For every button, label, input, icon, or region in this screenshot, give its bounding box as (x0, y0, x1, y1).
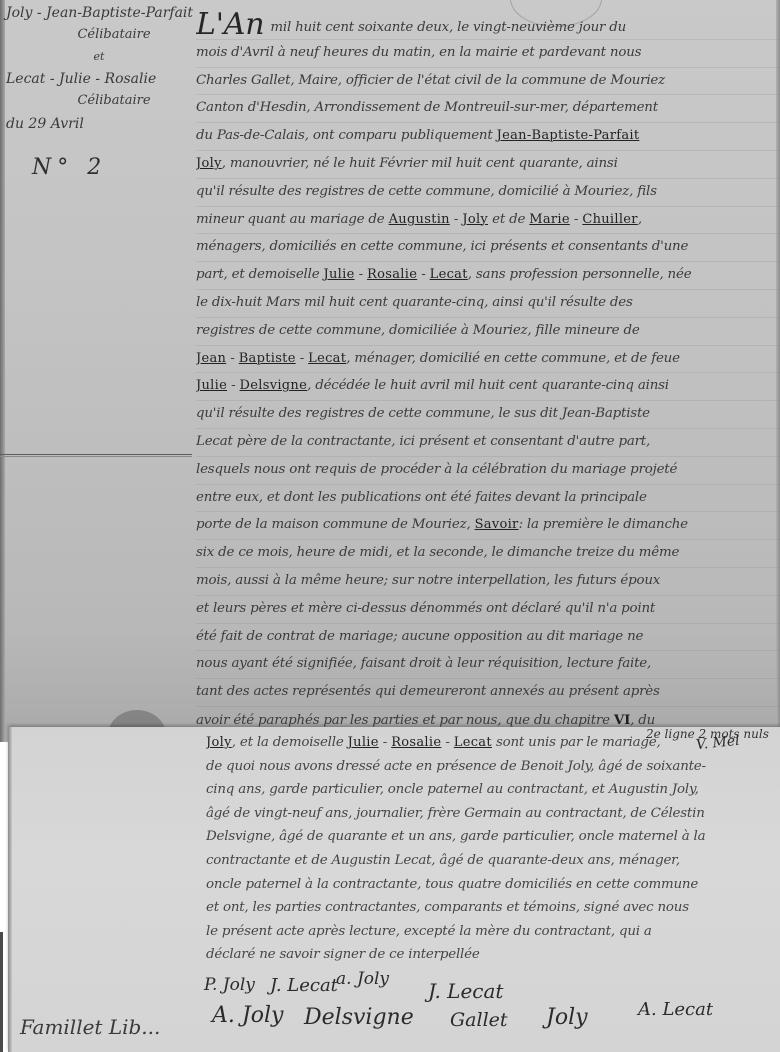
signature: P. Joly (204, 975, 255, 995)
margin-bride-status: Célibataire (4, 90, 194, 112)
text-line: lesquels nous ont requis de procéder à l… (196, 457, 780, 485)
text-line: cinq ans, garde particulier, oncle pater… (206, 778, 776, 802)
margin-fragment: Famillet Lib... (20, 1015, 160, 1039)
text-run: âgé de vingt-neuf ans, journalier, frère… (206, 806, 705, 821)
underlined-name: Julie (348, 735, 379, 750)
underlined-name: Joly (206, 735, 232, 750)
text-line: tant des actes représentés qui demeurero… (196, 679, 780, 707)
signature: J. Lecat (270, 975, 338, 996)
register-page-upper: Joly - Jean-Baptiste-Parfait Célibataire… (0, 0, 780, 742)
text-run: mois d'Avril à neuf heures du matin, en … (196, 45, 641, 60)
entry-number: N° 2 (4, 157, 194, 179)
text-line: part, et demoiselle Julie - Rosalie - Le… (196, 262, 780, 290)
text-line: Lecat père de la contractante, ici prése… (196, 429, 780, 457)
margin-date: du 29 Avril (4, 113, 194, 135)
margin-divider-rule-2 (0, 456, 192, 457)
act-body-page2: 2e ligne 2 mots nuls Joly, et la demoise… (206, 731, 776, 967)
text-run: - (355, 267, 367, 282)
text-run: avoir été paraphés par les parties et pa… (196, 713, 614, 728)
underlined-name: Julie (324, 267, 355, 282)
text-run: déclaré ne savoir signer de ce interpell… (206, 947, 480, 962)
text-run: , ménager, domicilié en cette commune, e… (346, 351, 680, 366)
text-run: - (227, 378, 239, 393)
binding-shadow (0, 932, 3, 1052)
underlined-name: Delsvigne (240, 378, 308, 393)
text-line: déclaré ne savoir signer de ce interpell… (206, 943, 776, 967)
signature-block: P. JolyJ. Lecata. JolyJ. LecatA. JolyDel… (8, 975, 780, 1052)
text-line: registres de cette commune, domiciliée à… (196, 318, 780, 346)
underlined-name: Chuiller (582, 212, 637, 227)
text-run: Charles Gallet, Maire, officier de l'éta… (196, 73, 665, 88)
margin-divider-rule (0, 454, 192, 455)
text-run: - (450, 212, 462, 227)
text-line: entre eux, et dont les publications ont … (196, 485, 780, 513)
margin-conjunction: et (4, 46, 194, 68)
text-run: porte de la maison commune de Mouriez, (196, 517, 475, 532)
text-line: oncle paternel à la contractante, tous q… (206, 873, 776, 897)
text-line: Canton d'Hesdin, Arrondissement de Montr… (196, 95, 780, 123)
underlined-name: Augustin (389, 212, 450, 227)
text-run: - (226, 351, 238, 366)
text-run: qu'il résulte des registres de cette com… (196, 184, 657, 199)
text-run: - (417, 267, 429, 282)
text-run: le dix-huit Mars mil huit cent quarante-… (196, 295, 633, 310)
text-line: porte de la maison commune de Mouriez, S… (196, 512, 780, 540)
text-line: Jean - Baptiste - Lecat, ménager, domici… (196, 346, 780, 374)
underlined-name: Lecat (430, 267, 468, 282)
scan-gutter (0, 742, 8, 1052)
drop-cap: L'An (196, 12, 264, 40)
text-run: de quoi nous avons dressé acte en présen… (206, 759, 706, 774)
text-run: - (570, 212, 582, 227)
margin-groom-status: Célibataire (4, 24, 194, 46)
text-run: qu'il résulte des registres de cette com… (196, 406, 650, 421)
register-page-lower: 2e ligne 2 mots nuls Joly, et la demoise… (8, 727, 780, 1052)
text-run: - (379, 735, 391, 750)
text-run: part, et demoiselle (196, 267, 324, 282)
text-line: Julie - Delsvigne, décédée le huit avril… (196, 373, 780, 401)
underlined-name: Rosalie (391, 735, 441, 750)
text-line: nous ayant été signifiée, faisant droit … (196, 651, 780, 679)
text-run: , (638, 212, 642, 227)
text-line: du Pas-de-Calais, ont comparu publiqueme… (196, 123, 780, 151)
underlined-name: Lecat (454, 735, 492, 750)
text-run: oncle paternel à la contractante, tous q… (206, 877, 698, 892)
text-run: lesquels nous ont requis de procéder à l… (196, 462, 677, 477)
underlined-name: Joly (462, 212, 488, 227)
text-run: été fait de contrat de mariage; aucune o… (196, 629, 643, 644)
text-run: cinq ans, garde particulier, oncle pater… (206, 782, 699, 797)
text-line: L'An mil huit cent soixante deux, le vin… (196, 12, 780, 40)
margin-summary: Joly - Jean-Baptiste-Parfait Célibataire… (4, 2, 194, 179)
underlined-name: Marie (529, 212, 570, 227)
underlined-name: Baptiste (239, 351, 296, 366)
chapter-number: VI (614, 712, 630, 728)
text-run: six de ce mois, heure de midi, et la sec… (196, 545, 679, 560)
text-run: , décédée le huit avril mil huit cent qu… (307, 378, 669, 393)
text-line: qu'il résulte des registres de cette com… (196, 401, 780, 429)
underlined-name: Jean-Baptiste-Parfait (497, 128, 640, 143)
text-run: et ont, les parties contractantes, compa… (206, 900, 689, 915)
text-run: le présent acte après lecture, excepté l… (206, 924, 652, 939)
text-run: mil huit cent soixante deux, le vingt-ne… (266, 20, 626, 35)
text-run: , du (630, 713, 655, 728)
underlined-name: Savoir (475, 517, 519, 532)
text-line: le présent acte après lecture, excepté l… (206, 920, 776, 944)
underlined-name: Lecat (308, 351, 346, 366)
signature: Gallet (450, 1009, 508, 1031)
underlined-name: Rosalie (367, 267, 417, 282)
text-run: sont unis par le mariage, (492, 735, 661, 750)
text-run: registres de cette commune, domiciliée à… (196, 323, 640, 338)
text-run: : la première le dimanche (519, 517, 688, 532)
text-run: nous ayant été signifiée, faisant droit … (196, 656, 651, 671)
text-run: ménagers, domiciliés en cette commune, i… (196, 239, 688, 254)
text-line: mois d'Avril à neuf heures du matin, en … (196, 40, 780, 68)
text-run: entre eux, et dont les publications ont … (196, 490, 647, 505)
margin-bride-name: Lecat - Julie - Rosalie (4, 68, 194, 90)
signature: J. Lecat (428, 979, 503, 1003)
text-line: de quoi nous avons dressé acte en présen… (206, 755, 776, 779)
text-line: âgé de vingt-neuf ans, journalier, frère… (206, 802, 776, 826)
text-line: qu'il résulte des registres de cette com… (196, 179, 780, 207)
text-run: Delsvigne, âgé de quarante et un ans, ga… (206, 829, 705, 844)
text-run: - (296, 351, 308, 366)
text-line: Charles Gallet, Maire, officier de l'éta… (196, 68, 780, 96)
underlined-name: Joly (196, 156, 222, 171)
text-run: contractante et de Augustin Lecat, âgé d… (206, 853, 680, 868)
text-line: mineur quant au mariage de Augustin - Jo… (196, 207, 780, 235)
text-run: , manouvrier, né le huit Février mil hui… (222, 156, 618, 171)
text-run: du Pas-de-Calais, ont comparu publiqueme… (196, 128, 497, 143)
text-line: ménagers, domiciliés en cette commune, i… (196, 234, 780, 262)
text-line: été fait de contrat de mariage; aucune o… (196, 624, 780, 652)
text-line: et leurs pères et mère ci-dessus dénommé… (196, 596, 780, 624)
text-run: et leurs pères et mère ci-dessus dénommé… (196, 601, 655, 616)
signature: A. Lecat (638, 999, 713, 1020)
text-run: mineur quant au mariage de (196, 212, 389, 227)
margin-groom-name: Joly - Jean-Baptiste-Parfait (4, 2, 194, 24)
text-line: contractante et de Augustin Lecat, âgé d… (206, 849, 776, 873)
text-run: - (441, 735, 453, 750)
underlined-name: Jean (196, 351, 226, 366)
text-run: et de (488, 212, 529, 227)
text-line: et ont, les parties contractantes, compa… (206, 896, 776, 920)
signature: a. Joly (336, 969, 389, 989)
text-line: mois, aussi à la même heure; sur notre i… (196, 568, 780, 596)
signature: Delsvigne (304, 1005, 414, 1030)
text-line: Joly, manouvrier, né le huit Février mil… (196, 151, 780, 179)
underlined-name: Julie (196, 378, 227, 393)
text-line: le dix-huit Mars mil huit cent quarante-… (196, 290, 780, 318)
text-run: , sans profession personnelle, née (468, 267, 692, 282)
signature: A. Joly (212, 1003, 283, 1028)
text-run: Canton d'Hesdin, Arrondissement de Montr… (196, 100, 658, 115)
signature: Joly (546, 1005, 588, 1030)
text-run: mois, aussi à la même heure; sur notre i… (196, 573, 660, 588)
text-line: Delsvigne, âgé de quarante et un ans, ga… (206, 825, 776, 849)
text-line: six de ce mois, heure de midi, et la sec… (196, 540, 780, 568)
text-run: Lecat père de la contractante, ici prése… (196, 434, 650, 449)
text-run: , et la demoiselle (232, 735, 348, 750)
act-body-page1: L'An mil huit cent soixante deux, le vin… (196, 12, 780, 742)
text-run: tant des actes représentés qui demeurero… (196, 684, 660, 699)
